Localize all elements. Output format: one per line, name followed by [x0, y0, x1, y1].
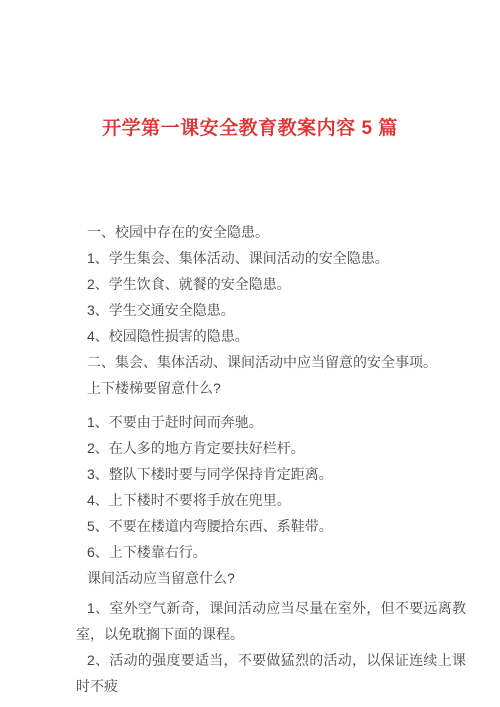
paragraph-recess-1: 1、室外空气新奇，课间活动应当尽量在室外，但不要远离教室，以免耽搁下面的课程。 — [76, 595, 466, 647]
paragraph-stairs-2: 2、在人多的地方肯定要扶好栏杆。 — [76, 435, 466, 461]
document-body: 一、校园中存在的安全隐患。 1、学生集会、集体活动、课间活动的安全隐患。 2、学… — [76, 219, 466, 699]
paragraph-stairs-4: 4、上下楼时不要将手放在兜里。 — [76, 487, 466, 513]
paragraph-item-1: 1、学生集会、集体活动、课间活动的安全隐患。 — [76, 245, 466, 271]
paragraph-stairs-3: 3、整队下楼时要与同学保持肯定距离。 — [76, 461, 466, 487]
paragraph-heading-2: 二、集会、集体活动、课间活动中应当留意的安全事项。 — [76, 349, 466, 375]
paragraph-stairs-5: 5、不要在楼道内弯腰拾东西、系鞋带。 — [76, 513, 466, 539]
paragraph-question-1: 上下楼梯要留意什么? — [76, 375, 466, 401]
paragraph-recess-2: 2、活动的强度要适当，不要做猛烈的活动，以保证连续上课时不疲 — [76, 647, 466, 699]
document-title: 开学第一课安全教育教案内容 5 篇 — [0, 113, 500, 145]
paragraph-item-3: 3、学生交通安全隐患。 — [76, 297, 466, 323]
paragraph-stairs-6: 6、上下楼靠右行。 — [76, 539, 466, 565]
document-page: 开学第一课安全教育教案内容 5 篇 一、校园中存在的安全隐患。 1、学生集会、集… — [0, 0, 500, 707]
paragraph-stairs-1: 1、不要由于赶时间而奔驰。 — [76, 409, 466, 435]
paragraph-question-2: 课间活动应当留意什么? — [76, 565, 466, 591]
paragraph-heading-1: 一、校园中存在的安全隐患。 — [76, 219, 466, 245]
paragraph-item-2: 2、学生饮食、就餐的安全隐患。 — [76, 271, 466, 297]
paragraph-item-4: 4、校园隐性损害的隐患。 — [76, 323, 466, 349]
